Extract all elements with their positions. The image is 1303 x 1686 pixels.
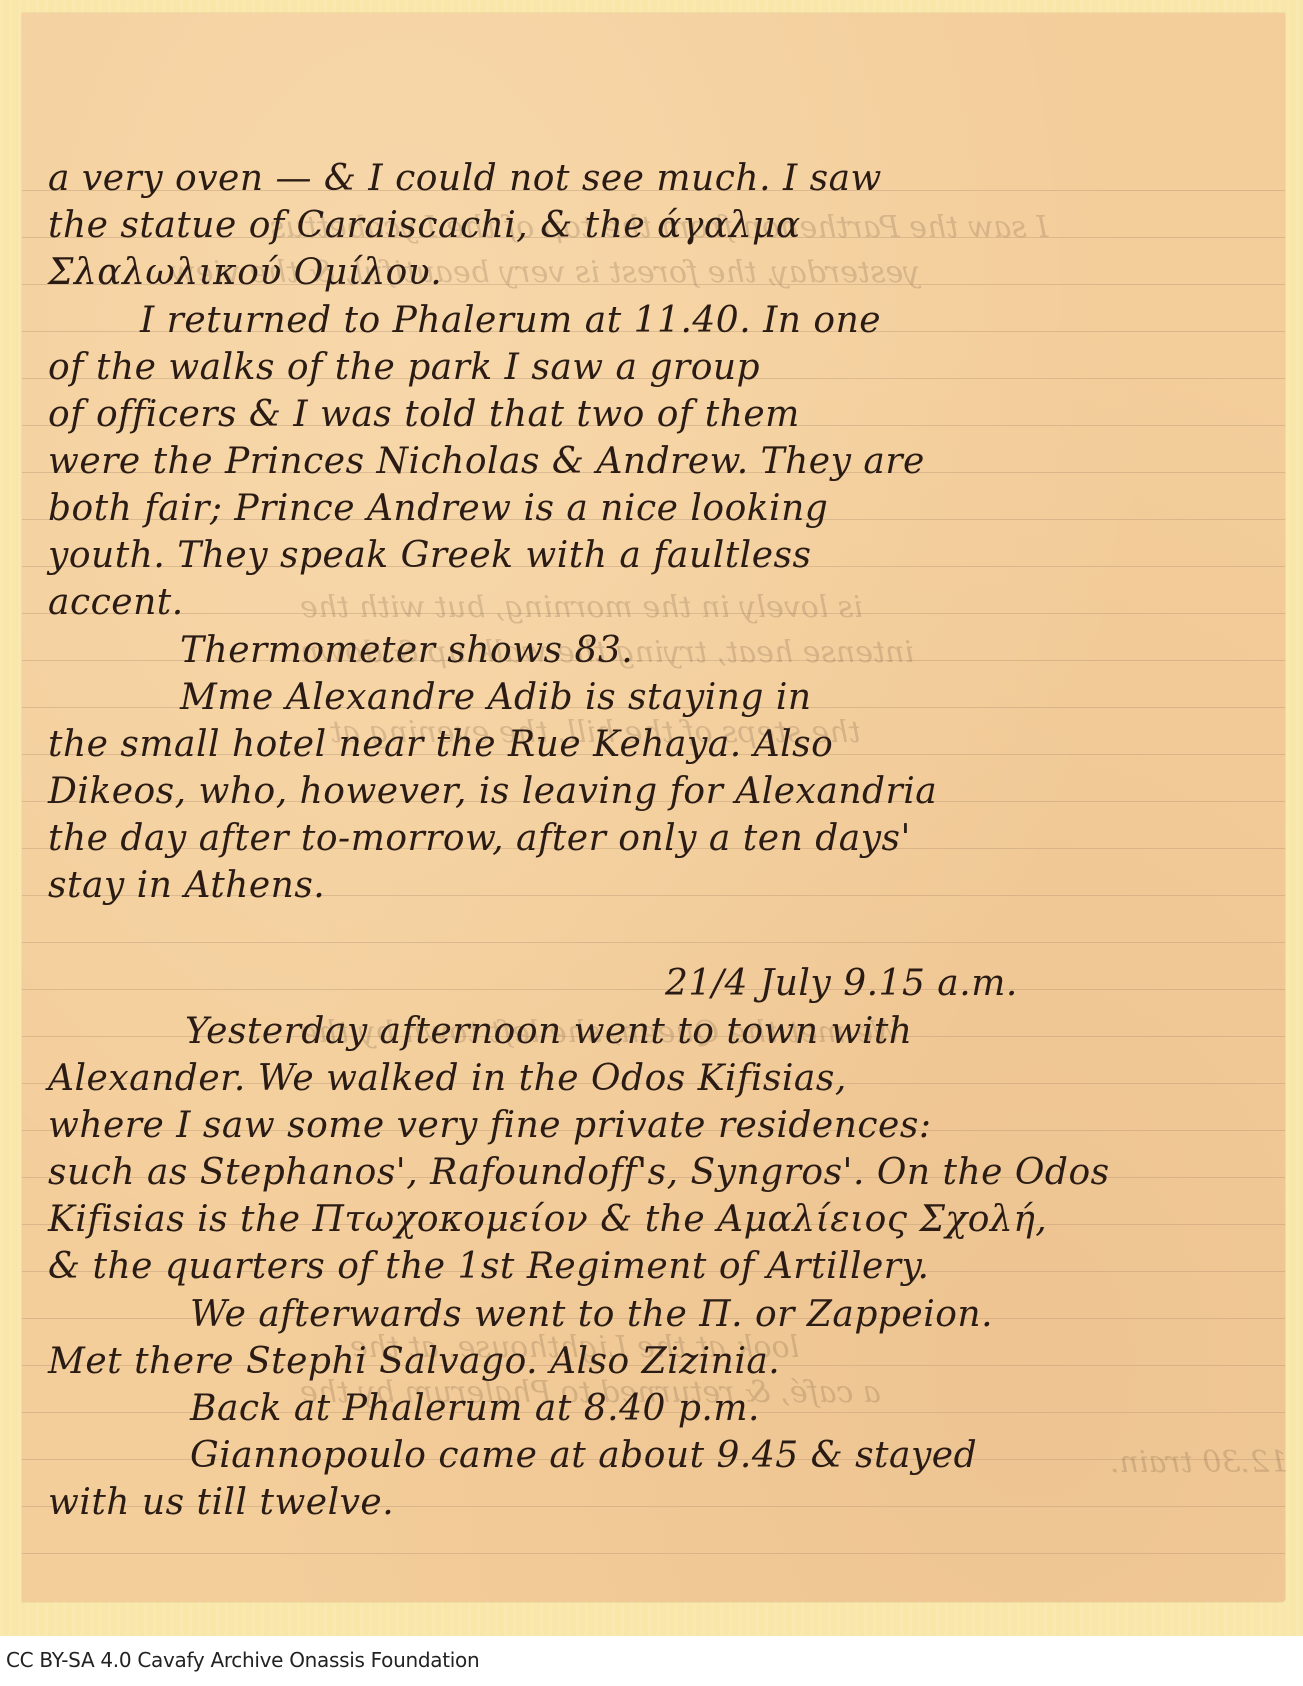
manuscript-line: Σλαλωλικού Ομίλου. <box>48 252 442 293</box>
ruled-line <box>22 989 1285 990</box>
manuscript-line: of the walks of the park I saw a group <box>48 347 760 388</box>
manuscript-line: Back at Phalerum at 8.40 p.m. <box>190 1388 760 1429</box>
manuscript-line: Mme Alexandre Adib is staying in <box>180 677 812 718</box>
manuscript-line: of officers & I was told that two of the… <box>48 394 800 435</box>
manuscript-line: such as Stephanos', Rafoundoff's, Syngro… <box>48 1152 1110 1193</box>
manuscript-line: Giannopoulo came at about 9.45 & stayed <box>190 1435 977 1476</box>
manuscript-line: Kifisias is the Πτωχοκομείον & the Αμαλί… <box>48 1199 1047 1240</box>
manuscript-line: I returned to Phalerum at 11.40. In one <box>140 300 881 341</box>
manuscript-line: were the Princes Nicholas & Andrew. They… <box>48 441 925 482</box>
manuscript-line: with us till twelve. <box>48 1482 394 1523</box>
manuscript-line: Dikeos, who, however, is leaving for Ale… <box>48 771 937 812</box>
manuscript-line: Alexander. We walked in the Odos Kifisia… <box>48 1058 847 1099</box>
manuscript-line: the statue of Caraiscachi, & the άγαλμα <box>48 205 801 246</box>
manuscript-line: Thermometer shows 83. <box>180 630 633 671</box>
manuscript-line: & the quarters of the 1st Regiment of Ar… <box>48 1246 930 1287</box>
bleed-through-line: is lovely in the morning, but with the <box>300 590 863 625</box>
manuscript-line: the day after to-morrow, after only a te… <box>48 818 911 859</box>
ruled-line <box>22 1553 1285 1554</box>
manuscript-line: a very oven — & I could not see much. I … <box>48 158 882 199</box>
manuscript-line: 21/4 July 9.15 a.m. <box>665 963 1018 1004</box>
manuscript-line: youth. They speak Greek with a faultless <box>48 535 811 576</box>
license-credit: CC BY-SA 4.0 Cavafy Archive Onassis Foun… <box>6 1648 479 1672</box>
ruled-line <box>22 942 1285 943</box>
bleed-through-line: 12.30 train. <box>1110 1445 1288 1480</box>
manuscript-line: We afterwards went to the Π. or Zappeion… <box>190 1294 993 1335</box>
manuscript-line: Met there Stephi Salvago. Also Zizinia. <box>48 1341 780 1382</box>
manuscript-line: where I saw some very fine private resid… <box>48 1105 931 1146</box>
manuscript-line: stay in Athens. <box>48 865 325 906</box>
manuscript-line: accent. <box>48 582 184 623</box>
manuscript-line: both fair; Prince Andrew is a nice looki… <box>48 488 828 529</box>
manuscript-line: the small hotel near the Rue Kehaya. Als… <box>48 724 833 765</box>
manuscript-line: Yesterday afternoon went to town with <box>185 1011 912 1052</box>
